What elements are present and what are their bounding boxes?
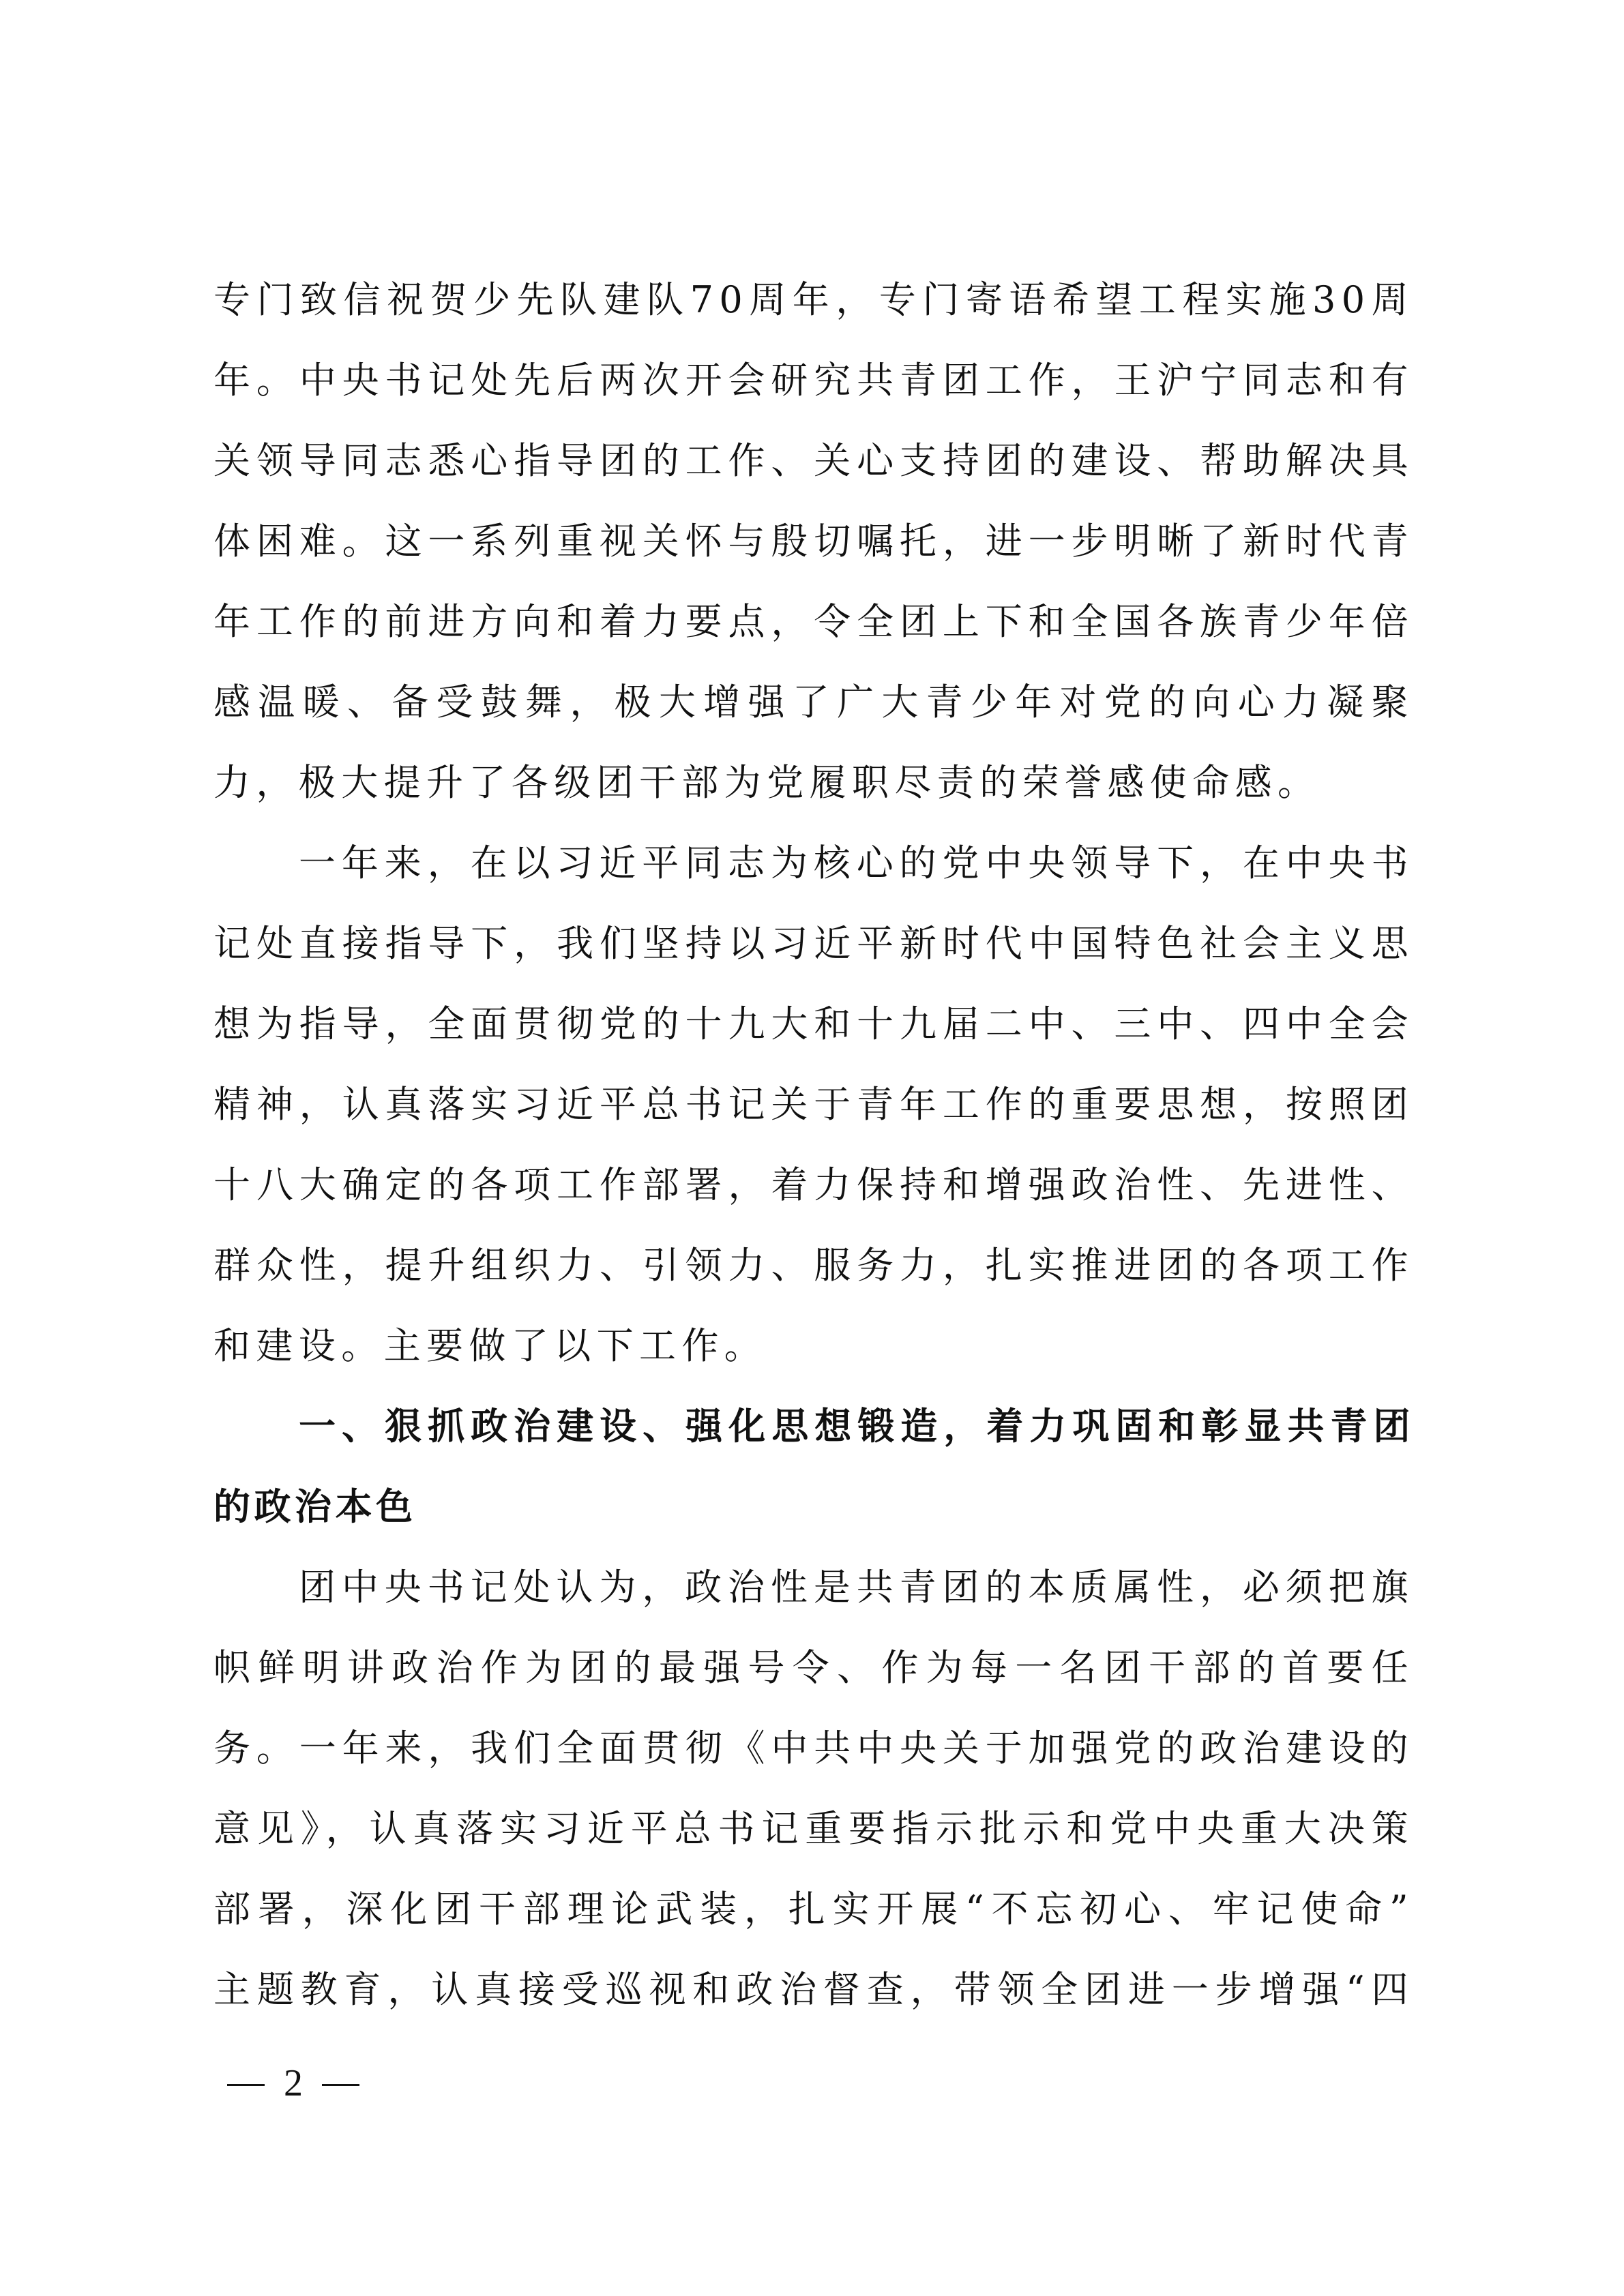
paragraph-line: 和建设。主要做了以下工作。: [213, 1306, 1414, 1386]
paragraph-line: 关领导同志悉心指导团的工作、关心支持团的建设、帮助解决具: [213, 421, 1414, 501]
paragraph-line: 帜鲜明讲政治作为团的最强号令、作为每一名团干部的首要任: [213, 1628, 1414, 1708]
paragraph-line: 部署，深化团干部理论武装，扎实开展“不忘初心、牢记使命”: [213, 1869, 1414, 1950]
section-heading: 的政治本色: [213, 1467, 1414, 1547]
document-page: 专门致信祝贺少先队建队70周年，专门寄语希望工程实施30周 年。中央书记处先后两…: [0, 0, 1624, 2296]
paragraph-line: 十八大确定的各项工作部署，着力保持和增强政治性、先进性、: [213, 1145, 1414, 1225]
paragraph-line: 想为指导，全面贯彻党的十九大和十九届二中、三中、四中全会: [213, 984, 1414, 1064]
paragraph-line: 体困难。这一系列重视关怀与殷切嘱托，进一步明晰了新时代青: [213, 501, 1414, 582]
paragraph-line: 记处直接指导下，我们坚持以习近平新时代中国特色社会主义思: [213, 904, 1414, 984]
paragraph-line: 主题教育，认真接受巡视和政治督查，带领全团进一步增强“四: [213, 1950, 1414, 2030]
paragraph-line: 一年来，在以习近平同志为核心的党中央领导下，在中央书: [213, 823, 1414, 904]
paragraph-line: 精神，认真落实习近平总书记关于青年工作的重要思想，按照团: [213, 1064, 1414, 1145]
page-number-value: 2: [284, 2063, 303, 2104]
paragraph-line: 团中央书记处认为，政治性是共青团的本质属性，必须把旗: [213, 1547, 1414, 1628]
paragraph-line: 专门致信祝贺少先队建队70周年，专门寄语希望工程实施30周: [213, 260, 1414, 340]
section-heading: 一、狠抓政治建设、强化思想锻造，着力巩固和彰显共青团: [213, 1386, 1414, 1467]
dash-left: [227, 2084, 265, 2086]
paragraph-line: 务。一年来，我们全面贯彻《中共中央关于加强党的政治建设的: [213, 1708, 1414, 1789]
paragraph-line: 年。中央书记处先后两次开会研究共青团工作，王沪宁同志和有: [213, 340, 1414, 421]
paragraph-line: 意见》，认真落实习近平总书记重要指示批示和党中央重大决策: [213, 1789, 1414, 1869]
page-number: 2: [227, 2063, 359, 2104]
dash-right: [322, 2084, 359, 2086]
paragraph-line: 感温暖、备受鼓舞，极大增强了广大青少年对党的向心力凝聚: [213, 662, 1414, 743]
paragraph-line: 力，极大提升了各级团干部为党履职尽责的荣誉感使命感。: [213, 743, 1414, 823]
paragraph-line: 群众性，提升组织力、引领力、服务力，扎实推进团的各项工作: [213, 1225, 1414, 1306]
paragraph-line: 年工作的前进方向和着力要点，令全团上下和全国各族青少年倍: [213, 582, 1414, 662]
